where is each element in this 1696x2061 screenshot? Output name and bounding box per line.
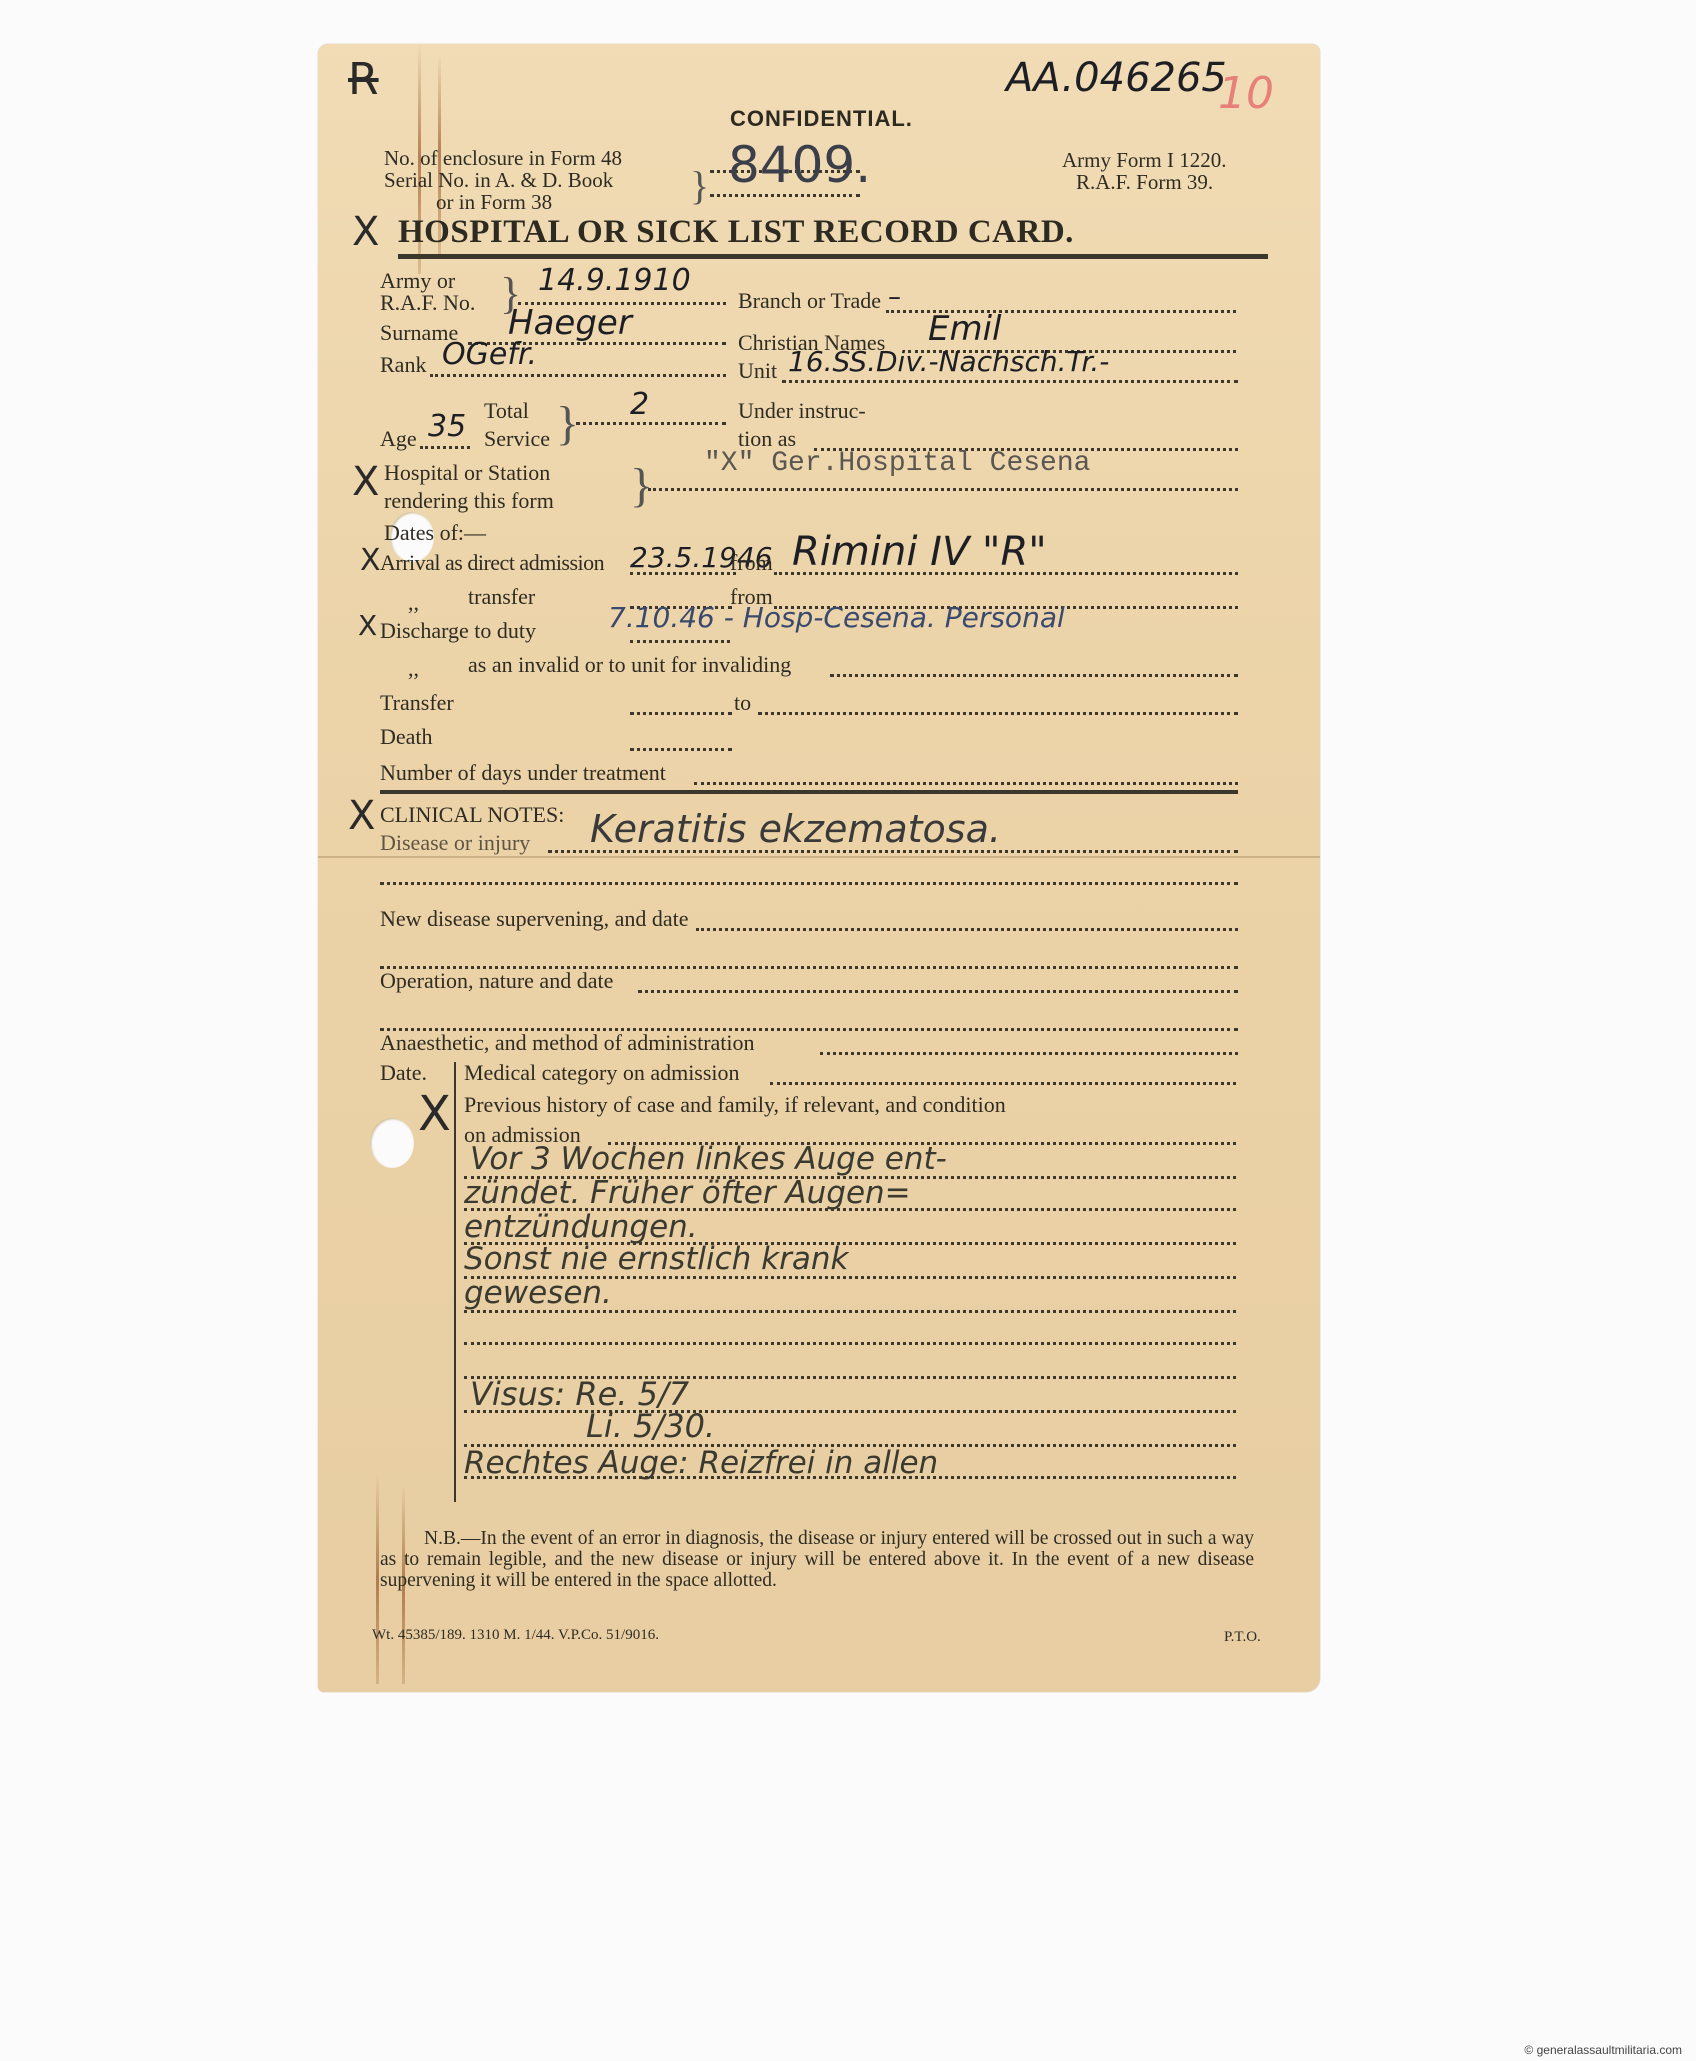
check-mark: X [360, 546, 381, 576]
disease-line-2 [380, 882, 1238, 885]
check-mark: X [352, 212, 379, 252]
rank-label: Rank [380, 354, 426, 376]
service-label-1: Total [484, 400, 529, 422]
hospital-label-2: rendering this form [384, 490, 554, 512]
service-label-2: Service [484, 428, 550, 450]
enclosure-label-1: No. of enclosure in Form 48 [384, 148, 622, 169]
enclosure-value: 8409. [728, 140, 871, 190]
corner-mark: R [348, 58, 379, 102]
from-label: from [730, 552, 773, 574]
enclosure-bracket: } [690, 162, 709, 209]
transfer-out-date-line [630, 712, 732, 715]
surname-value: Haeger [508, 306, 632, 340]
invalid-label: as an invalid or to unit for invaliding [468, 654, 791, 676]
new-disease-line [696, 928, 1238, 931]
arrival-from-value: Rimini IV "R" [792, 532, 1047, 572]
death-label: Death [380, 726, 433, 748]
red-number: 10 [1218, 68, 1274, 119]
unit-line [782, 380, 1238, 383]
history-line-4: Sonst nie ernstlich krank [464, 1244, 848, 1275]
raf-form-number: R.A.F. Form 39. [1076, 172, 1213, 193]
reference-number: AA.046265 [1006, 58, 1227, 98]
clinical-notes-heading: CLINICAL NOTES: [380, 804, 564, 826]
nb-note: N.B.—In the event of an error in diagnos… [380, 1528, 1254, 1591]
dates-label: Dates of:— [384, 522, 486, 544]
title-rule [398, 254, 1268, 259]
bracket: } [630, 458, 653, 513]
hospital-label-1: Hospital or Station [384, 462, 550, 484]
rust-stain [376, 1474, 379, 1684]
disease-label: Disease or injury [380, 832, 530, 854]
rank-line [430, 374, 726, 377]
days-line [694, 782, 1238, 785]
discharge-line [630, 640, 730, 643]
discharge-value: 7.10.46 - Hosp-Cesena. Personal [608, 604, 1065, 632]
army-no-label-1: Army or [380, 270, 455, 292]
history-rule [464, 1342, 1236, 1345]
instruction-label-2: tion as [738, 428, 796, 450]
discharge-label: Discharge to duty [380, 620, 536, 642]
ditto-mark: ,, [408, 658, 419, 680]
hospital-line [648, 488, 1238, 491]
enclosure-label-3: or in Form 38 [436, 192, 552, 213]
right-eye-line: Rechtes Auge: Reizfrei in allen [464, 1448, 938, 1479]
visus-line-1: Visus: Re. 5/7 [470, 1378, 689, 1410]
visus-line-2: Li. 5/30. [586, 1410, 715, 1442]
medical-category-label: Medical category on admission [464, 1062, 740, 1084]
check-mark: X [348, 796, 375, 836]
invalid-line [830, 674, 1238, 677]
transfer-in-label: transfer [468, 586, 535, 608]
check-mark: X [358, 612, 377, 640]
operation-line [638, 990, 1238, 993]
medical-category-line [770, 1082, 1236, 1085]
army-form-number: Army Form I 1220. [1062, 150, 1227, 171]
new-disease-label: New disease supervening, and date [380, 908, 689, 930]
hospital-value: "X" Ger.Hospital Cesena [704, 450, 1090, 478]
history-line-3: entzündungen. [464, 1212, 698, 1243]
christian-names-value: Emil [928, 312, 1002, 346]
transfer-to-line [758, 712, 1238, 715]
age-label: Age [380, 428, 417, 450]
section-rule [380, 790, 1238, 794]
army-no-label-2: R.A.F. No. [380, 292, 475, 314]
watermark: © generalassaultmilitaria.com [1524, 2043, 1682, 2057]
history-label-1: Previous history of case and family, if … [464, 1094, 1006, 1116]
service-line [576, 422, 726, 425]
disease-value: Keratitis ekzematosa. [590, 810, 1001, 848]
unit-value: 16.SS.Div.-Nachsch.Tr.- [788, 348, 1109, 376]
unit-label: Unit [738, 360, 777, 382]
anaesthetic-line [820, 1052, 1238, 1055]
instruction-label-1: Under instruc- [738, 400, 866, 422]
army-no-value: 14.9.1910 [538, 266, 691, 296]
history-line-5: gewesen. [464, 1278, 612, 1309]
operation-label: Operation, nature and date [380, 970, 613, 992]
anaesthetic-label: Anaesthetic, and method of administratio… [380, 1032, 755, 1054]
pto-label: P.T.O. [1224, 1630, 1261, 1645]
print-code: Wt. 45385/189. 1310 M. 1/44. V.P.Co. 51/… [372, 1628, 659, 1643]
card-title: HOSPITAL OR SICK LIST RECORD CARD. [398, 214, 1074, 251]
ditto-mark: ,, [408, 592, 419, 614]
arrival-label: Arrival as direct admission [380, 552, 604, 574]
service-value: 2 [630, 390, 649, 420]
to-label: to [734, 692, 751, 714]
transfer-label: Transfer [380, 692, 454, 714]
days-label: Number of days under treatment [380, 762, 666, 784]
enclosure-label-2: Serial No. in A. & D. Book [384, 170, 613, 191]
date-label: Date. [380, 1062, 427, 1084]
history-line-1: Vor 3 Wochen linkes Auge ent- [470, 1144, 947, 1175]
check-mark: X [352, 462, 379, 502]
age-line [420, 446, 470, 449]
confidential-label: CONFIDENTIAL. [730, 106, 913, 132]
record-card: R AA.046265 10 CONFIDENTIAL. No. of encl… [318, 44, 1320, 1692]
punch-hole [370, 1118, 414, 1168]
date-column-divider [454, 1062, 456, 1502]
fold-crease [318, 856, 1320, 858]
branch-label: Branch or Trade [738, 290, 881, 312]
serial-line [710, 194, 860, 197]
history-line-2: zündet. Früher öfter Augen= [464, 1178, 911, 1209]
age-value: 35 [428, 412, 466, 442]
rank-value: OGefr. [442, 340, 537, 370]
branch-value: – [888, 284, 901, 310]
death-line [630, 748, 732, 751]
check-mark: X [418, 1090, 451, 1138]
